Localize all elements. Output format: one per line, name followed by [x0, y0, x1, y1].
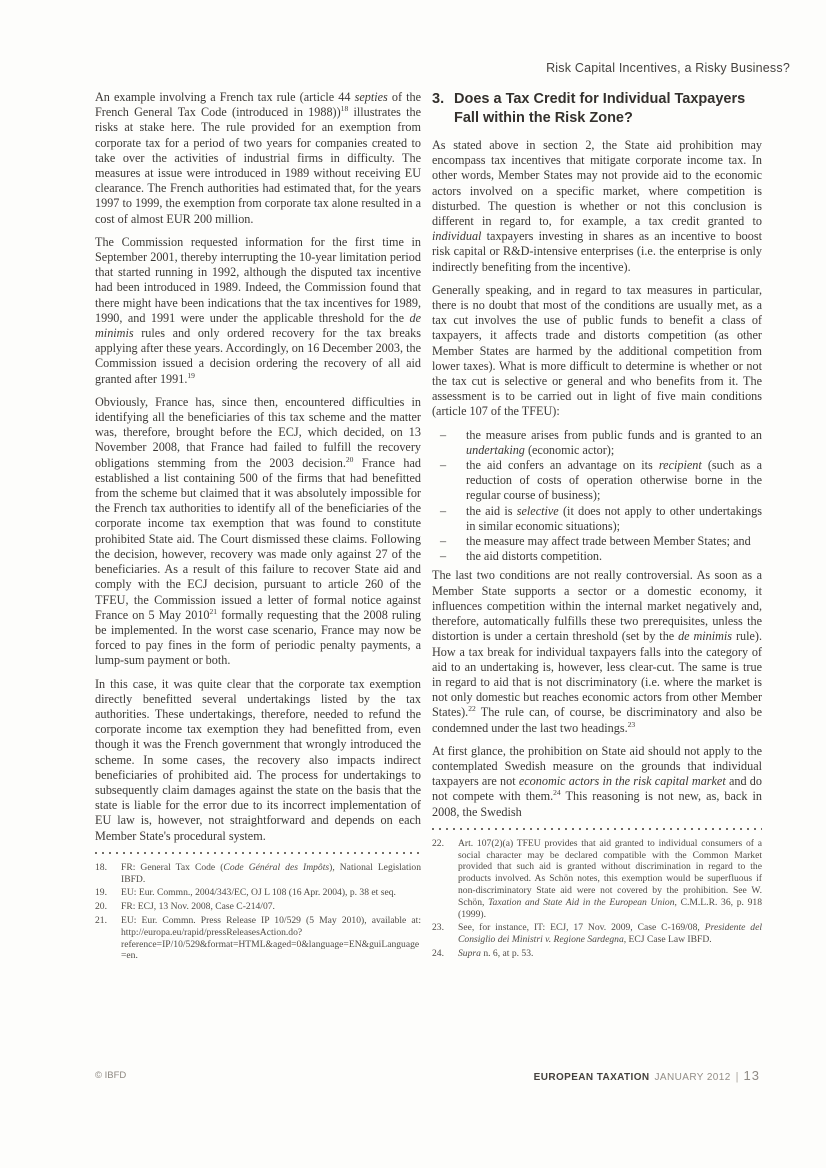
paragraph: At first glance, the prohibition on Stat…: [432, 744, 762, 820]
section-heading: 3. Does a Tax Credit for Individual Taxp…: [432, 90, 762, 128]
paragraph: Generally speaking, and in regard to tax…: [432, 283, 762, 420]
conditions-list: – the measure arises from public funds a…: [432, 428, 762, 565]
list-item: – the aid confers an advantage on its re…: [432, 458, 762, 504]
footnote-separator: [95, 852, 421, 854]
footnote-text: Art. 107(2)(a) TFEU provides that aid gr…: [458, 838, 762, 921]
footnote-number: 23.: [432, 922, 458, 946]
issue-date: JANUARY 2012: [655, 1072, 731, 1083]
footnote: 22. Art. 107(2)(a) TFEU provides that ai…: [432, 838, 762, 921]
list-item: – the measure arises from public funds a…: [432, 428, 762, 458]
right-column: 3. Does a Tax Credit for Individual Taxp…: [432, 90, 762, 964]
list-item: – the aid distorts competition.: [432, 549, 762, 564]
page-footer: EUROPEAN TAXATION JANUARY 2012 | 13: [534, 1068, 760, 1083]
footnote: 23. See, for instance, IT: ECJ, 17 Nov. …: [432, 922, 762, 946]
footnote-number: 24.: [432, 948, 458, 960]
dash-bullet: –: [440, 504, 452, 534]
copyright-notice: © IBFD: [95, 1070, 126, 1081]
list-item-text: the aid confers an advantage on its reci…: [466, 458, 762, 504]
journal-page: Risk Capital Incentives, a Risky Busines…: [0, 0, 826, 1168]
footer-divider: |: [736, 1071, 739, 1083]
footnote-separator: [432, 828, 762, 830]
footnote-text: See, for instance, IT: ECJ, 17 Nov. 2009…: [458, 922, 762, 946]
list-item: – the measure may affect trade between M…: [432, 534, 762, 549]
footnote-number: 20.: [95, 901, 121, 913]
footnote-text: FR: General Tax Code (Code Général des I…: [121, 862, 421, 886]
footnote: 21. EU: Eur. Commn. Press Release IP 10/…: [95, 915, 421, 962]
running-header: Risk Capital Incentives, a Risky Busines…: [546, 61, 790, 75]
dash-bullet: –: [440, 534, 452, 549]
left-column: An example involving a French tax rule (…: [95, 90, 421, 964]
footnote-text: Supra n. 6, at p. 53.: [458, 948, 762, 960]
footnote: 19. EU: Eur. Commn., 2004/343/EC, OJ L 1…: [95, 887, 421, 899]
paragraph: In this case, it was quite clear that th…: [95, 677, 421, 844]
list-item-text: the measure may affect trade between Mem…: [466, 534, 762, 549]
paragraph: An example involving a French tax rule (…: [95, 90, 421, 227]
footnote: 24. Supra n. 6, at p. 53.: [432, 948, 762, 960]
footnote: 18. FR: General Tax Code (Code Général d…: [95, 862, 421, 886]
dash-bullet: –: [440, 428, 452, 458]
footnote-number: 21.: [95, 915, 121, 962]
list-item-text: the aid is selective (it does not apply …: [466, 504, 762, 534]
dash-bullet: –: [440, 549, 452, 564]
list-item-text: the measure arises from public funds and…: [466, 428, 762, 458]
section-title: Does a Tax Credit for Individual Taxpaye…: [454, 90, 762, 128]
footnote: 20. FR: ECJ, 13 Nov. 2008, Case C-214/07…: [95, 901, 421, 913]
paragraph: The last two conditions are not really c…: [432, 568, 762, 735]
footnote-number: 19.: [95, 887, 121, 899]
section-number: 3.: [432, 90, 454, 128]
dash-bullet: –: [440, 458, 452, 504]
footnote-text: EU: Eur. Commn. Press Release IP 10/529 …: [121, 915, 421, 962]
paragraph: As stated above in section 2, the State …: [432, 138, 762, 275]
paragraph: The Commission requested information for…: [95, 235, 421, 387]
paragraph: Obviously, France has, since then, encou…: [95, 395, 421, 669]
list-item: – the aid is selective (it does not appl…: [432, 504, 762, 534]
two-column-body: An example involving a French tax rule (…: [95, 90, 762, 964]
page-number: 13: [744, 1068, 760, 1083]
footnote-text: FR: ECJ, 13 Nov. 2008, Case C-214/07.: [121, 901, 421, 913]
list-item-text: the aid distorts competition.: [466, 549, 762, 564]
footnote-text: EU: Eur. Commn., 2004/343/EC, OJ L 108 (…: [121, 887, 421, 899]
journal-name: EUROPEAN TAXATION: [534, 1072, 650, 1083]
footnote-number: 22.: [432, 838, 458, 921]
footnote-number: 18.: [95, 862, 121, 886]
